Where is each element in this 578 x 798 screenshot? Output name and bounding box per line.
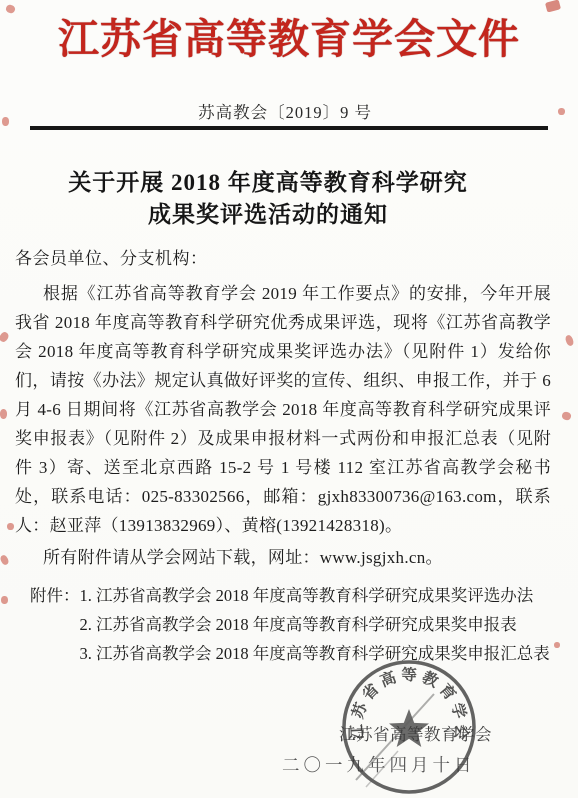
red-scan-mark [0, 331, 10, 344]
attachment-item: 1. 江苏省高教学会 2018 年度高等教育科学研究成果奖评选办法 [80, 581, 561, 610]
red-scan-mark [2, 117, 9, 126]
body-paragraph-1: 根据《江苏省高等教育学会 2019 年工作要点》的安排，今年开展我省 2018 … [15, 279, 551, 540]
red-scan-mark [0, 409, 7, 419]
attachment-item: 3. 江苏省高教学会 2018 年度高等教育科学研究成果奖申报汇总表 [80, 639, 561, 668]
red-scan-mark [558, 108, 565, 115]
red-scan-mark [561, 411, 572, 421]
header-divider-rule [30, 126, 548, 130]
seal-star-icon [389, 709, 429, 747]
notice-title-line2: 成果奖评选活动的通知 [0, 199, 557, 231]
attachment-item: 2. 江苏省高教学会 2018 年度高等教育科学研究成果奖申报表 [80, 610, 561, 639]
document-number: 苏高教会〔2019〕9 号 [0, 99, 574, 123]
attachments-label: 附件： [30, 581, 80, 610]
salutation: 各会员单位、分支机构： [15, 244, 551, 269]
notice-title: 关于开展 2018 年度高等教育科学研究 成果奖评选活动的通知 [0, 167, 557, 231]
notice-title-line1: 关于开展 2018 年度高等教育科学研究 [0, 167, 557, 199]
seal-fold-mark [366, 751, 398, 787]
official-round-seal-icon: 江苏省高等教育学会 [336, 654, 482, 798]
red-scan-mark [564, 334, 574, 347]
document-page: 江苏省高等教育学会文件 苏高教会〔2019〕9 号 关于开展 2018 年度高等… [0, 0, 578, 798]
red-scan-mark [7, 523, 14, 530]
body-paragraph-2: 所有附件请从学会网站下载，网址：www.jsgjxh.cn。 [15, 543, 551, 572]
red-scan-mark [0, 554, 10, 566]
red-scan-mark [1, 596, 8, 604]
letterhead-title: 江苏省高等教育学会文件 [0, 6, 578, 65]
red-scan-mark [554, 642, 560, 648]
attachments-items: 1. 江苏省高教学会 2018 年度高等教育科学研究成果奖评选办法 2. 江苏省… [80, 581, 561, 668]
